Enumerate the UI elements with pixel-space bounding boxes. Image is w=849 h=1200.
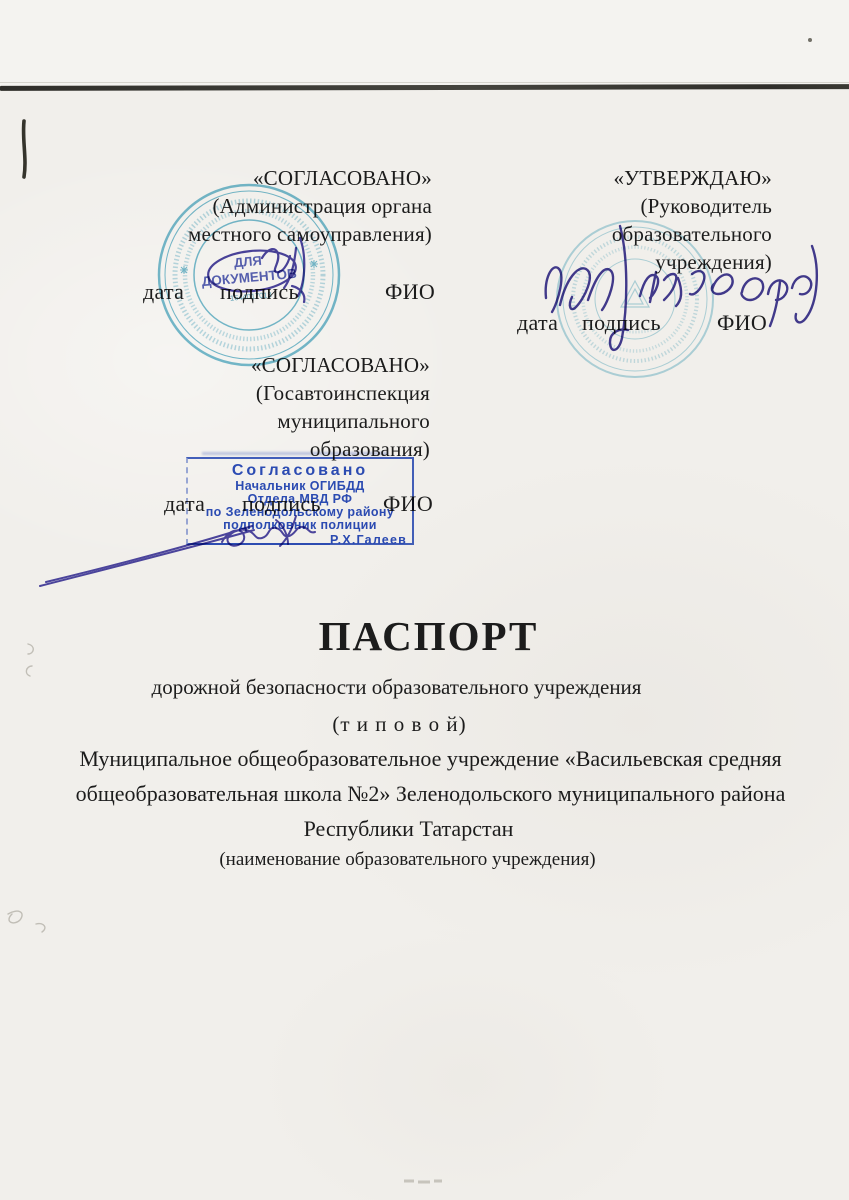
stamp-star-icon: [180, 266, 188, 274]
stamp-emblem-icon: [621, 281, 649, 307]
stamp-star-icon: [310, 260, 318, 268]
scan-bottom-smudge: [404, 1181, 442, 1182]
scan-mark-vertical: [24, 121, 25, 177]
stamp-ink-smear: [202, 452, 388, 455]
stamp-center-text: ДЛЯ: [233, 253, 262, 270]
round-stamp-school: [551, 215, 719, 383]
approval-title: «УТВЕРЖДАЮ»: [520, 164, 772, 192]
stamp-signature-line: [193, 543, 330, 545]
document-title: ПАСПОРТ: [4, 612, 849, 660]
approval-line: (Госавтоинспекция: [128, 379, 430, 407]
stamp-microtext-digits: 1644017013: [230, 290, 272, 303]
stamp-line: подполковник полиции: [188, 519, 412, 532]
stamp-officer-name: Р.Х.Галеев: [330, 533, 407, 547]
stamp-center-text: ДОКУМЕНТОВ: [201, 266, 297, 289]
rect-stamp-gibdd: Согласовано Начальник ОГИБДД Отдела МВД …: [186, 457, 414, 545]
document-type-note: (т и п о в о й): [0, 712, 824, 737]
institution-name-line: общеобразовательная школа №2» Зеленодоль…: [6, 781, 849, 807]
institution-name-line: Муниципальное общеобразовательное учрежд…: [6, 746, 849, 772]
sign-label-name: ФИО: [385, 279, 435, 305]
approval-line: муниципального: [128, 407, 430, 435]
scanned-document-page: «СОГЛАСОВАНО» (Администрация органа мест…: [0, 0, 849, 1200]
institution-name-line: Республики Татарстан: [0, 816, 833, 842]
sign-label-name: ФИО: [717, 310, 767, 336]
scan-edge-line: [0, 82, 849, 83]
stamp-line: Согласовано: [188, 461, 412, 480]
document-subtitle: дорожной безопасности образовательного у…: [0, 675, 821, 700]
institution-caption: (наименование образовательного учреждени…: [0, 849, 832, 871]
scan-top-strip: [0, 0, 849, 85]
round-stamp-for-documents: ДЛЯ ДОКУМЕНТОВ 1644017013: [152, 178, 346, 372]
page-edge-rule: [0, 84, 849, 91]
